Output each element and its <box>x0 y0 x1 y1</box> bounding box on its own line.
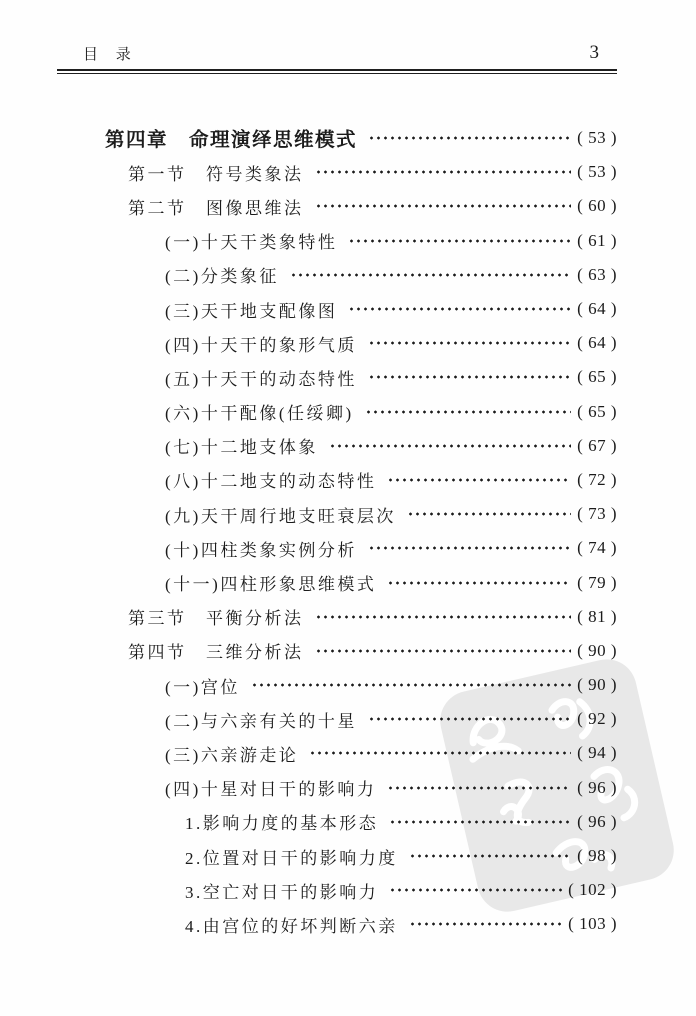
toc-entry-title: (一)十天干类象特性 <box>165 228 337 253</box>
dot-leader <box>405 510 571 518</box>
dot-leader <box>313 168 572 176</box>
toc-entry-title: 第三节 平衡分析法 <box>128 604 304 629</box>
toc-entry-page: ( 64 ) <box>577 299 617 319</box>
toc-entry: (二)分类象征( 63 ) <box>57 258 617 292</box>
toc-entry-title: (八)十二地支的动态特性 <box>165 467 376 492</box>
toc-entry-page: ( 92 ) <box>577 709 617 729</box>
header-rule <box>57 69 617 74</box>
toc-entry-page: ( 102 ) <box>568 880 617 900</box>
toc-entry-page: ( 61 ) <box>577 231 617 251</box>
toc-entry-page: ( 96 ) <box>577 812 617 832</box>
toc-entry: (八)十二地支的动态特性( 72 ) <box>57 463 617 497</box>
toc-entry-page: ( 90 ) <box>577 675 617 695</box>
toc-entry: (七)十二地支体象( 67 ) <box>57 429 617 463</box>
toc-entry: 第一节 符号类象法( 53 ) <box>57 155 617 189</box>
dot-leader <box>387 818 571 826</box>
toc-entry-page: ( 90 ) <box>577 641 617 661</box>
dot-leader <box>366 373 571 381</box>
folio-page-number: 3 <box>590 42 600 64</box>
toc-entry-title: 2.位置对日干的影响力度 <box>185 844 398 869</box>
toc-entry-page: ( 65 ) <box>577 402 617 422</box>
toc-entry: 1.影响力度的基本形态( 96 ) <box>57 805 617 839</box>
dot-leader <box>366 339 571 347</box>
dot-leader <box>346 237 571 245</box>
toc-entry: 第三节 平衡分析法( 81 ) <box>57 600 617 634</box>
running-head: 目 录 3 <box>57 42 617 69</box>
running-title: 目 录 <box>83 43 138 64</box>
book-page: 目 录 3 第四章 命理演绎思维模式( 53 )第一节 符号类象法( 53 )第… <box>0 0 696 1016</box>
toc-entry-title: (二)分类象征 <box>165 262 279 287</box>
dot-leader <box>327 442 571 450</box>
toc-entry-title: (五)十天干的动态特性 <box>165 365 357 390</box>
dot-leader <box>366 134 571 142</box>
dot-leader <box>249 681 571 689</box>
toc-entry-title: (九)天干周行地支旺衰层次 <box>165 502 396 527</box>
toc-entry-page: ( 63 ) <box>577 265 617 285</box>
dot-leader <box>307 749 571 757</box>
toc-entry: (二)与六亲有关的十星( 92 ) <box>57 702 617 736</box>
toc-entry: (九)天干周行地支旺衰层次( 73 ) <box>57 497 617 531</box>
toc-entry-page: ( 94 ) <box>577 743 617 763</box>
toc-entry: (五)十天干的动态特性( 65 ) <box>57 360 617 394</box>
dot-leader <box>385 784 571 792</box>
toc-entry: 第四节 三维分析法( 90 ) <box>57 634 617 668</box>
dot-leader <box>313 647 572 655</box>
toc-entry: (六)十干配像(任绥卿)( 65 ) <box>57 395 617 429</box>
toc-entry-title: 4.由宫位的好坏判断六亲 <box>185 912 398 937</box>
toc-entry-title: 第二节 图像思维法 <box>128 194 304 219</box>
toc-entry-title: (一)宫位 <box>165 673 240 698</box>
toc-entry-page: ( 72 ) <box>577 470 617 490</box>
toc-entry-page: ( 53 ) <box>577 128 617 148</box>
dot-leader <box>346 305 571 313</box>
toc-entry-title: (十一)四柱形象思维模式 <box>165 570 376 595</box>
dot-leader <box>387 886 562 894</box>
dot-leader <box>366 715 571 723</box>
dot-leader <box>407 852 571 860</box>
toc-entry-title: 3.空亡对日干的影响力 <box>185 878 378 903</box>
toc-entry: 3.空亡对日干的影响力( 102 ) <box>57 873 617 907</box>
toc-entry: (四)十天干的象形气质( 64 ) <box>57 326 617 360</box>
toc-entry-page: ( 96 ) <box>577 778 617 798</box>
toc-entry-page: ( 53 ) <box>577 162 617 182</box>
toc-entry: (四)十星对日干的影响力( 96 ) <box>57 771 617 805</box>
toc-entry: (十一)四柱形象思维模式( 79 ) <box>57 565 617 599</box>
toc-entry-page: ( 103 ) <box>568 914 617 934</box>
toc-entry: 4.由宫位的好坏判断六亲( 103 ) <box>57 907 617 941</box>
toc-entry-page: ( 81 ) <box>577 607 617 627</box>
page-header: 目 录 3 <box>57 42 617 74</box>
dot-leader <box>313 202 572 210</box>
toc-entry-title: (四)十星对日干的影响力 <box>165 775 376 800</box>
toc-entry: (十)四柱类象实例分析( 74 ) <box>57 531 617 565</box>
toc-entry-title: (四)十天干的象形气质 <box>165 331 357 356</box>
toc-entry: 第四章 命理演绎思维模式( 53 ) <box>57 121 617 155</box>
toc-entry-title: (十)四柱类象实例分析 <box>165 536 357 561</box>
dot-leader <box>363 408 572 416</box>
toc-entry-title: (三)六亲游走论 <box>165 741 298 766</box>
toc-entry-title: 1.影响力度的基本形态 <box>185 809 378 834</box>
toc-entry-title: (七)十二地支体象 <box>165 433 318 458</box>
toc-entry-title: (二)与六亲有关的十星 <box>165 707 357 732</box>
toc-entry-page: ( 67 ) <box>577 436 617 456</box>
toc-entry-page: ( 98 ) <box>577 846 617 866</box>
dot-leader <box>366 544 571 552</box>
dot-leader <box>385 579 571 587</box>
toc-entry: (一)宫位( 90 ) <box>57 668 617 702</box>
toc-entry-page: ( 64 ) <box>577 333 617 353</box>
toc-entry: 第二节 图像思维法( 60 ) <box>57 189 617 223</box>
toc-entry-page: ( 74 ) <box>577 538 617 558</box>
dot-leader <box>313 613 572 621</box>
toc-entry: (三)六亲游走论( 94 ) <box>57 736 617 770</box>
toc-entry-title: 第四节 三维分析法 <box>128 638 304 663</box>
toc-entry-page: ( 60 ) <box>577 196 617 216</box>
toc-entry-title: 第一节 符号类象法 <box>128 160 304 185</box>
toc-entry: (一)十天干类象特性( 61 ) <box>57 224 617 258</box>
toc-entry: 2.位置对日干的影响力度( 98 ) <box>57 839 617 873</box>
toc-entry-page: ( 73 ) <box>577 504 617 524</box>
dot-leader <box>385 476 571 484</box>
dot-leader <box>288 271 571 279</box>
dot-leader <box>407 920 562 928</box>
toc-entry-title: (三)天干地支配像图 <box>165 297 337 322</box>
toc-entry-title: 第四章 命理演绎思维模式 <box>105 124 357 152</box>
toc-entry-title: (六)十干配像(任绥卿) <box>165 399 354 424</box>
toc-entry-page: ( 79 ) <box>577 573 617 593</box>
toc-entry: (三)天干地支配像图( 64 ) <box>57 292 617 326</box>
toc-list: 第四章 命理演绎思维模式( 53 )第一节 符号类象法( 53 )第二节 图像思… <box>57 121 617 942</box>
toc-entry-page: ( 65 ) <box>577 367 617 387</box>
